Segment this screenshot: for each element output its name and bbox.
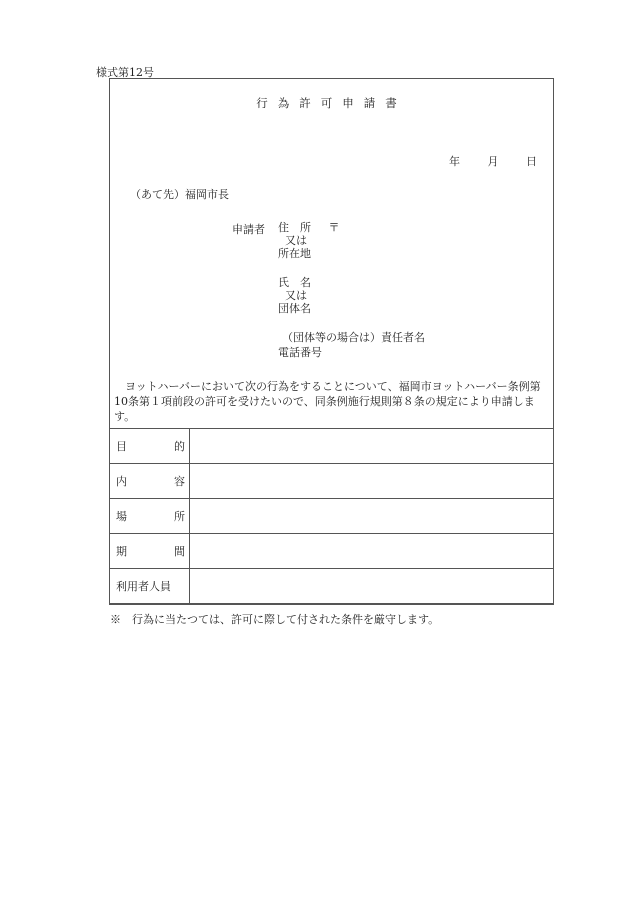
purpose-field[interactable]: [190, 429, 554, 464]
name-or: 又は: [285, 289, 307, 303]
content-field[interactable]: [190, 464, 554, 499]
user-count-label: 利用者人員: [110, 569, 190, 604]
place-field[interactable]: [190, 499, 554, 534]
period-field[interactable]: [190, 534, 554, 569]
name-alt-label: 団体名: [278, 302, 311, 316]
representative-label[interactable]: （団体等の場合は）責任者名: [282, 331, 425, 345]
application-form: 行為許可申請書 年 月 日 （あて先）福岡市長 申請者 住 所 〒 又は 所在地…: [109, 78, 554, 605]
table-row: 利用者人員: [110, 569, 554, 604]
address-field[interactable]: 住 所 〒: [278, 221, 340, 235]
period-label: 期間: [110, 534, 190, 569]
applicant-label: 申請者: [232, 221, 265, 237]
postal-mark: 〒: [329, 221, 340, 234]
intro-paragraph: ヨットハーバーにおいて次の行為をすることについて、福岡市ヨットハーバー条例第10…: [114, 379, 550, 424]
addressee: （あて先）福岡市長: [130, 186, 229, 202]
table-row: 目的: [110, 429, 554, 464]
purpose-label: 目的: [110, 429, 190, 464]
day-label: 日: [526, 153, 537, 169]
footnote: ※ 行為に当たつては、許可に際して付された条件を厳守します。: [110, 611, 439, 627]
address-alt-label: 所在地: [278, 247, 311, 261]
items-table: 目的 内容 場所 期間 利用者人員: [109, 428, 554, 604]
month-label: 月: [488, 153, 499, 169]
date-line: 年 月 日: [449, 153, 537, 169]
year-label: 年: [449, 153, 460, 169]
content-label: 内容: [110, 464, 190, 499]
table-row: 場所: [110, 499, 554, 534]
address-label: 住 所: [278, 221, 311, 234]
place-label: 場所: [110, 499, 190, 534]
table-row: 内容: [110, 464, 554, 499]
table-row: 期間: [110, 534, 554, 569]
form-title: 行為許可申請書: [110, 95, 553, 111]
address-or: 又は: [285, 234, 307, 248]
phone-label[interactable]: 電話番号: [278, 346, 322, 360]
user-count-field[interactable]: [190, 569, 554, 604]
name-label[interactable]: 氏 名: [278, 276, 311, 290]
